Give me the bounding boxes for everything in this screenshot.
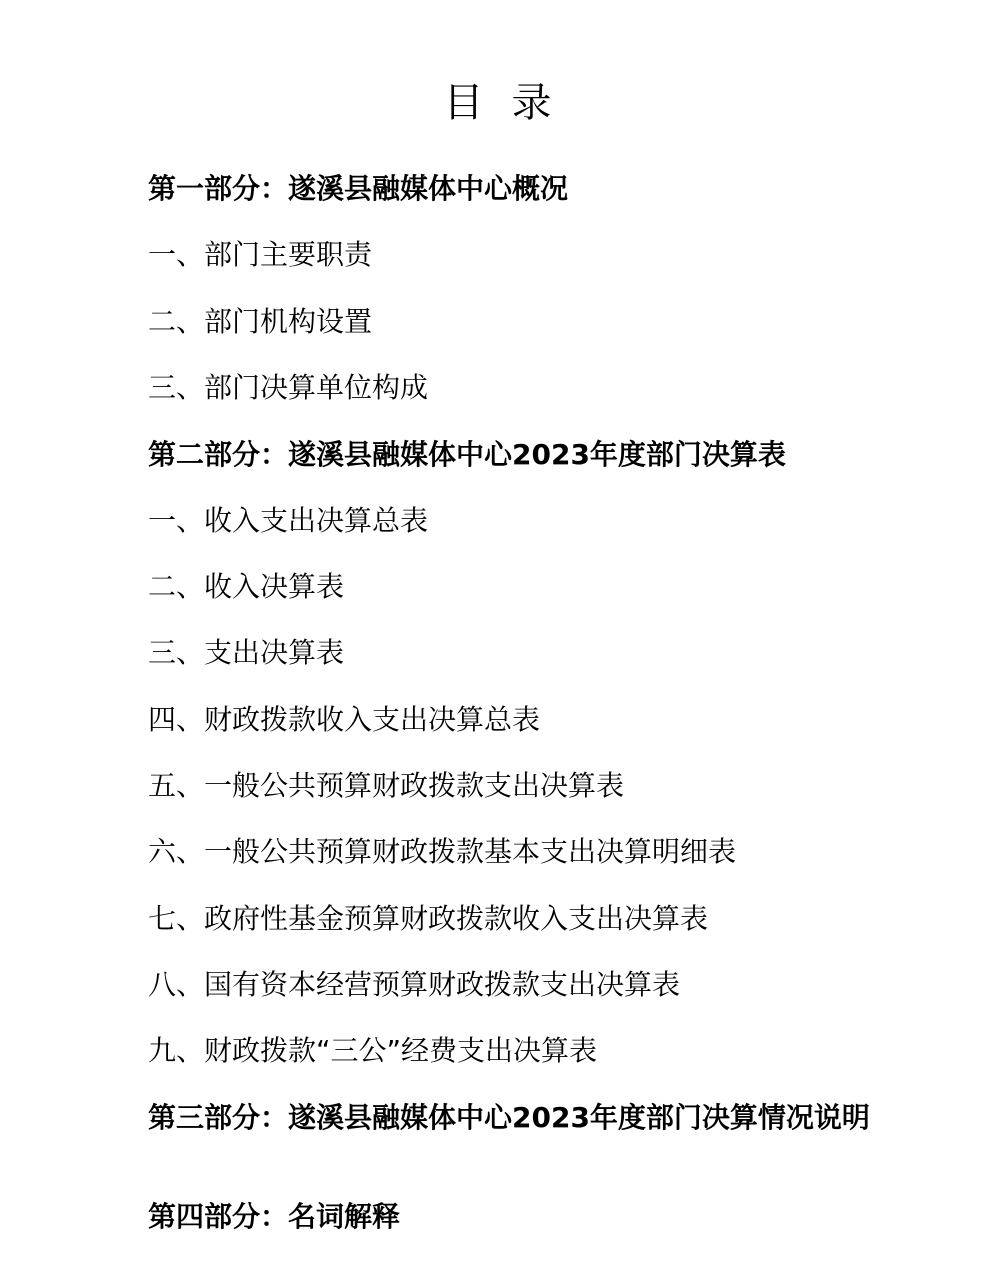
toc-item[interactable]: 一、部门主要职责 bbox=[148, 238, 372, 272]
toc-item[interactable]: 八、国有资本经营预算财政拨款支出决算表 bbox=[148, 968, 680, 1002]
toc-part-2[interactable]: 第二部分：遂溪县融媒体中心2023年度部门决算表 bbox=[148, 438, 786, 472]
toc-part-3[interactable]: 第三部分：遂溪县融媒体中心2023年度部门决算情况说明 bbox=[88, 1101, 878, 1135]
toc-item[interactable]: 七、政府性基金预算财政拨款收入支出决算表 bbox=[148, 902, 708, 936]
toc-item[interactable]: 三、支出决算表 bbox=[148, 636, 344, 670]
toc-part-4[interactable]: 第四部分：名词解释 bbox=[148, 1200, 400, 1234]
toc-item[interactable]: 四、财政拨款收入支出决算总表 bbox=[148, 703, 540, 737]
toc-item[interactable]: 五、一般公共预算财政拨款支出决算表 bbox=[148, 769, 624, 803]
toc-item[interactable]: 六、一般公共预算财政拨款基本支出决算明细表 bbox=[148, 835, 736, 869]
toc-item[interactable]: 二、收入决算表 bbox=[148, 570, 344, 604]
toc-item[interactable]: 三、部门决算单位构成 bbox=[148, 371, 428, 405]
toc-item[interactable]: 九、财政拨款“三公”经费支出决算表 bbox=[148, 1034, 597, 1068]
toc-item[interactable]: 二、部门机构设置 bbox=[148, 305, 372, 339]
toc-item[interactable]: 一、收入支出决算总表 bbox=[148, 504, 428, 538]
page-title: 目录 bbox=[0, 78, 995, 128]
toc-part-1[interactable]: 第一部分：遂溪县融媒体中心概况 bbox=[148, 172, 568, 206]
